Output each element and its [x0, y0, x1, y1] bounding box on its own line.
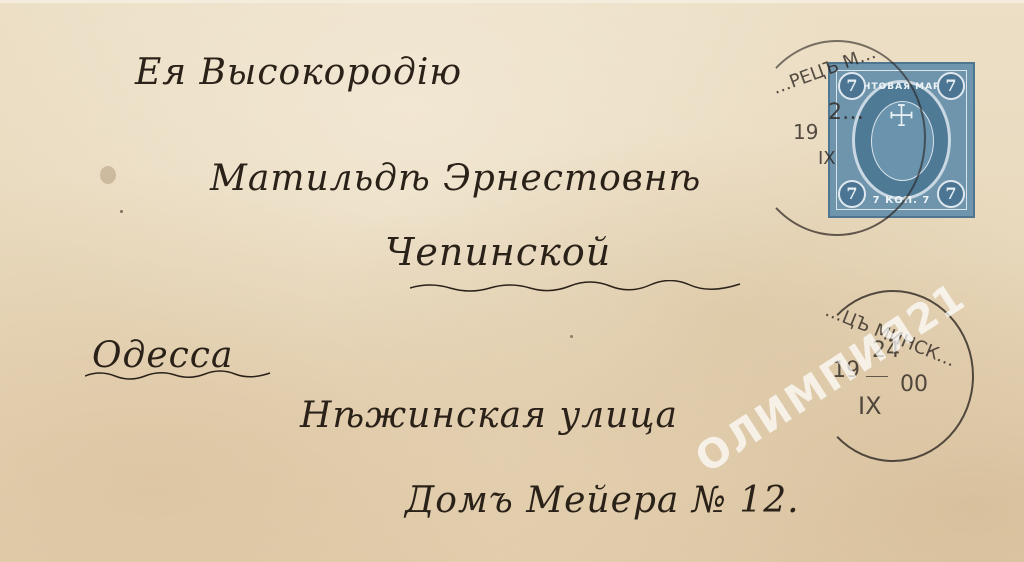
stain-spot	[100, 166, 116, 184]
postmark-upper-day: 2…	[828, 100, 864, 125]
postmark-upper-year: 19	[793, 120, 818, 144]
stain-spot	[120, 210, 123, 213]
address-line-house: Домъ Мейера № 12.	[405, 480, 800, 521]
stain-spot	[570, 335, 573, 338]
address-line-street: Нѣжинская улица	[300, 395, 678, 436]
envelope-top-edge	[0, 0, 1024, 3]
city-underline	[85, 368, 275, 382]
surname-underline	[410, 280, 750, 294]
address-line-first-name: Матильдѣ Эрнестовнѣ	[210, 158, 701, 199]
postmark-lower-month: IX	[858, 392, 882, 420]
address-line-surname: Чепинской	[385, 230, 611, 274]
address-line-salutation: Ея Высокородію	[135, 52, 462, 93]
postmark-lower-year-right: 00	[900, 372, 928, 397]
postmark-upper-month: IX	[818, 148, 836, 169]
stamp-value-corner-tr: 7	[937, 72, 965, 100]
envelope: Ея Высокородію Матильдѣ Эрнестовнѣ Чепин…	[0, 0, 1024, 562]
